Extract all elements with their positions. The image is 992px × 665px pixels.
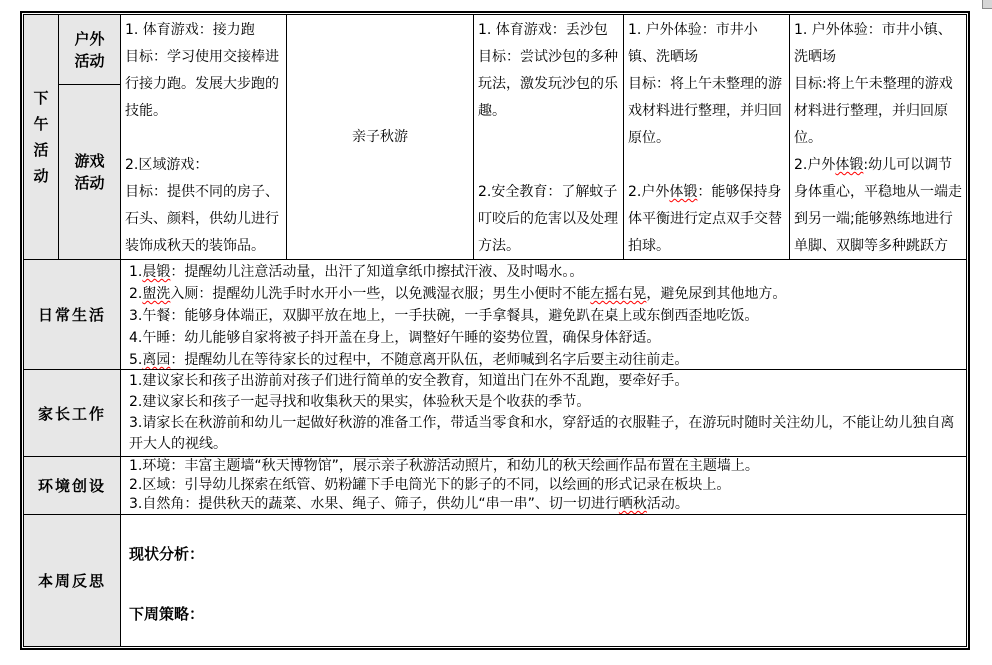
environment-setup-content[interactable]: 1.环境：丰富主题墙“秋天博物馆”，展示亲子秋游活动照片，和幼儿的秋天绘画作品布… [121, 457, 966, 515]
outdoor-activities-label: 户外活动 [74, 28, 106, 72]
afternoon-activities-label: 下午活动 [33, 85, 49, 189]
afternoon-cell-day4[interactable]: 1. 户外体验：市井小镇、洗晒场目标：将上午未整理的游戏材料进行整理，并归回原位… [624, 15, 790, 260]
row-header-afternoon-activities: 下午活动 [24, 15, 59, 260]
game-activities-label: 游戏活动 [74, 150, 106, 194]
row-header-environment-setup: 环境创设 [24, 457, 121, 515]
daily-life-content[interactable]: 1.晨锻：提醒幼儿注意活动量，出汗了知道拿纸巾擦拭汗液、及时喝水。。2.盥洗入厕… [121, 260, 966, 370]
afternoon-cell-day3[interactable]: 1. 体育游戏：丢沙包目标：尝试沙包的多种玩法，激发玩沙包的乐趣。 2.安全教育… [474, 15, 624, 260]
parent-child-autumn-trip-label: 亲子秋游 [352, 124, 408, 151]
subrow-header-game-activities: 游戏活动 [59, 85, 121, 260]
afternoon-cell-day5[interactable]: 1. 户外体验：市井小镇、洗晒场目标:将上午未整理的游戏材料进行整理，并归回原位… [790, 15, 966, 260]
afternoon-cell-day1[interactable]: 1. 体育游戏：接力跑目标：学习使用交接棒进行接力跑。发展大步跑的技能。 2.区… [121, 15, 287, 260]
page-corner-artifact [982, 0, 992, 9]
afternoon-cell-day2-trip[interactable]: 亲子秋游 [287, 15, 474, 260]
weekly-plan-grid: 下午活动 户外活动 游戏活动 1. 体育游戏：接力跑目标：学习使用交接棒进行接力… [23, 14, 967, 647]
weekly-plan-table: 下午活动 户外活动 游戏活动 1. 体育游戏：接力跑目标：学习使用交接棒进行接力… [20, 11, 970, 650]
row-header-parent-work: 家长工作 [24, 370, 121, 457]
row-header-daily-life: 日常生活 [24, 260, 121, 370]
weekly-reflection-content[interactable]: 现状分析： 下周策略： [121, 515, 966, 646]
parent-work-content[interactable]: 1.建议家长和孩子出游前对孩子们进行简单的安全教育，知道出门在外不乱跑，要牵好手… [121, 370, 966, 457]
subrow-header-outdoor-activities: 户外活动 [59, 15, 121, 85]
row-header-weekly-reflection: 本周反思 [24, 515, 121, 646]
